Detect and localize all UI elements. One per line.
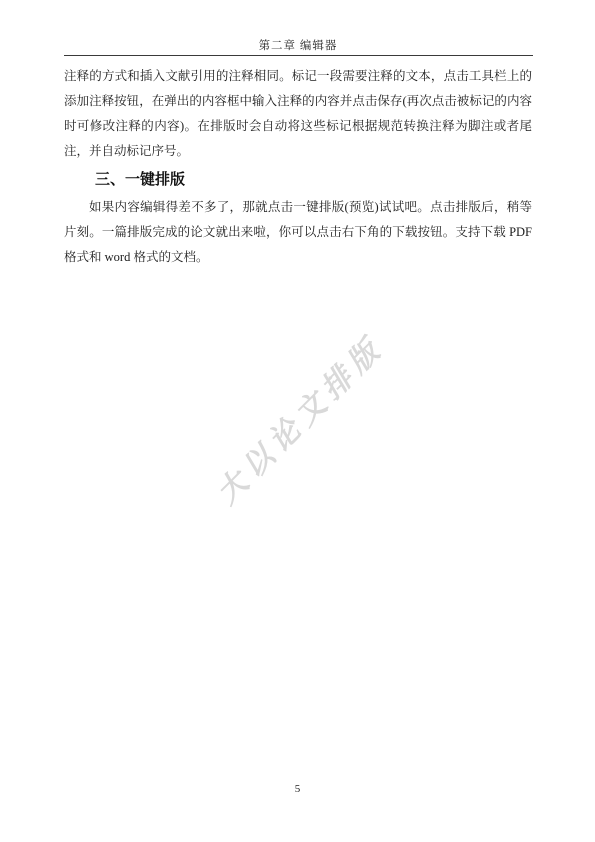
page-footer: 5 bbox=[0, 783, 595, 795]
paragraph-one-click-typesetting: 如果内容编辑得差不多了，那就点击一键排版(预览)试试吧。点击排版后，稍等片刻。一… bbox=[64, 195, 532, 270]
section-heading-one-click-typesetting: 三、一键排版 bbox=[64, 169, 532, 190]
header-rule bbox=[64, 55, 533, 56]
paragraph-annotations: 注释的方式和插入文献引用的注释相同。标记一段需要注释的文本，点击工具栏上的添加注… bbox=[64, 64, 532, 164]
page-body: 注释的方式和插入文献引用的注释相同。标记一段需要注释的文本，点击工具栏上的添加注… bbox=[64, 64, 532, 270]
page-number: 5 bbox=[295, 783, 301, 795]
running-header-chapter-title: 第二章 编辑器 bbox=[64, 37, 532, 53]
document-page: 第二章 编辑器 注释的方式和插入文献引用的注释相同。标记一段需要注释的文本，点击… bbox=[0, 0, 595, 842]
watermark-text: 大以论文排版 bbox=[204, 324, 392, 512]
